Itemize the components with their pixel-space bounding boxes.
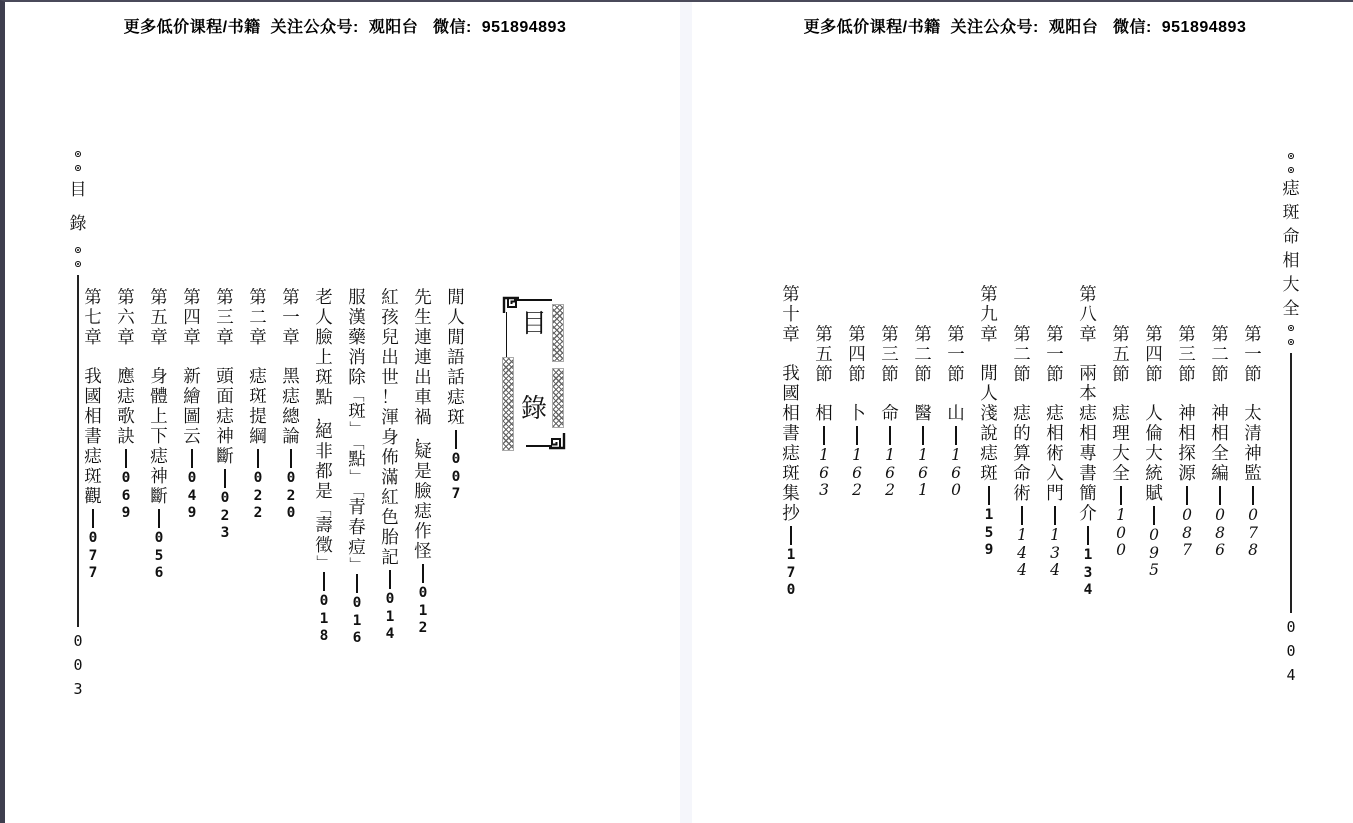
page-gutter (680, 2, 692, 823)
toc-char: 四 (1145, 345, 1163, 365)
toc-char: 老 (315, 288, 333, 308)
toc-page-digit: 4 (381, 626, 399, 644)
toc-page-digit: 4 (1013, 562, 1031, 580)
toc-char: 五 (1112, 345, 1130, 365)
toc-page-digit: 0 (447, 451, 465, 469)
toc-char: 圖 (183, 407, 201, 427)
em-dash-vertical (1153, 506, 1155, 525)
toc-char: 相 (84, 407, 102, 427)
toc-char: 倫 (1145, 424, 1163, 444)
toc-char: 醫 (914, 404, 932, 424)
ornament-dot (1288, 153, 1294, 159)
toc-char: 閒 (447, 328, 465, 348)
toc-char: 的 (1013, 424, 1031, 444)
toc-char: 記 (381, 548, 399, 568)
toc-char: 痘 (348, 538, 366, 558)
corner-spiral-ornament-icon (548, 432, 566, 450)
toc-char: 斷 (216, 447, 234, 467)
toc-entry: 第四章新繪圖云049 (183, 288, 201, 648)
toc-char: ﹂ (315, 556, 333, 570)
em-dash-vertical (1054, 506, 1056, 525)
toc-entry: 第五節相163 (815, 325, 833, 600)
toc-page-digit: 1 (881, 447, 899, 465)
folio-digit: 0 (1286, 617, 1295, 637)
toc-page-digit: 6 (914, 465, 932, 483)
toc-entry: 第一節痣相術入門134 (1046, 325, 1064, 600)
toc-char: 除 (348, 368, 366, 388)
toc-char: 神 (150, 467, 168, 487)
toc-char: 孩 (381, 308, 399, 328)
folio-digit: 0 (1286, 641, 1295, 661)
toc-page-digit: 2 (216, 508, 234, 526)
toc-page-digit: 6 (947, 465, 965, 483)
toc-char: 都 (315, 462, 333, 482)
toc-entry: 閒人閒語話痣斑007 (447, 288, 465, 648)
toc-page-digit: 5 (1145, 562, 1163, 580)
toc-page-digit: 4 (1079, 582, 1097, 600)
toc-char: 第 (1244, 325, 1262, 345)
toc-char: 痣 (980, 444, 998, 464)
toc-char: 二 (1211, 345, 1229, 365)
toc-char: 探 (1178, 444, 1196, 464)
em-dash-vertical (125, 449, 127, 468)
toc-page-digit: 1 (848, 447, 866, 465)
folio-digit: 0 (73, 655, 82, 675)
toc-page-digit: 1 (980, 507, 998, 525)
toc-char: 神 (1244, 444, 1262, 464)
toc-char: 節 (848, 365, 866, 385)
toc-char: 壽 (315, 516, 333, 536)
margin-title-char: 命 (1283, 225, 1300, 249)
toc-char: 第 (183, 288, 201, 308)
toc-char: 第 (815, 325, 833, 345)
toc-char: 三 (881, 345, 899, 365)
toc-page-digit: 0 (249, 470, 267, 488)
toc-char: 我 (84, 367, 102, 387)
toc-char: 章 (249, 328, 267, 348)
toc-char: 一 (947, 345, 965, 365)
toc-char: 五 (815, 345, 833, 365)
toc-page-digit: 1 (782, 547, 800, 565)
toc-char: 太 (1244, 404, 1262, 424)
toc-char: 臉 (315, 328, 333, 348)
toc-char: 算 (1013, 444, 1031, 464)
toc-char: 兒 (381, 328, 399, 348)
toc-char: 第 (848, 325, 866, 345)
toc-char: 簡 (1079, 484, 1097, 504)
toc-char: 節 (881, 365, 899, 385)
toc-char: 點 (348, 450, 366, 470)
toc-char: 痣 (447, 388, 465, 408)
toc-char: 七 (84, 308, 102, 328)
toc-char: 上 (150, 407, 168, 427)
toc-page-digit: 2 (848, 482, 866, 500)
em-dash-vertical (1021, 506, 1023, 525)
toc-page-digit: 1 (1046, 527, 1064, 545)
toc-char: 春 (348, 518, 366, 538)
toc-char: 國 (782, 384, 800, 404)
toc-page-digit: 0 (1145, 527, 1163, 545)
toc-char: 提 (249, 407, 267, 427)
toc-char: 命 (1013, 464, 1031, 484)
toc-char: 人 (315, 308, 333, 328)
toc-entry: 紅孩兒出世！渾身佈滿紅色胎記014 (381, 288, 399, 648)
toc-char: 章 (117, 328, 135, 348)
toc-char: 三 (216, 308, 234, 328)
toc-page-digit: 9 (183, 505, 201, 523)
em-dash-vertical (823, 426, 825, 445)
toc-char: 全 (1211, 444, 1229, 464)
toc-page-digit: 8 (1211, 525, 1229, 543)
toc-char: 二 (249, 308, 267, 328)
toc-char: 書 (1079, 464, 1097, 484)
toc-entry: 第十章我國相書痣斑集抄170 (782, 285, 800, 600)
toc-page-digit: 0 (315, 593, 333, 611)
left-toc-columns: 閒人閒語話痣斑007先生連連出車禍，疑是臉痣作怪012紅孩兒出世！渾身佈滿紅色胎… (84, 288, 465, 648)
toc-char: 紅 (381, 288, 399, 308)
toc-char: 禍 (414, 408, 432, 428)
toc-char: 渾 (381, 408, 399, 428)
toc-page-digit: 9 (980, 542, 998, 560)
em-dash-vertical (988, 486, 990, 505)
toc-char: 是 (414, 462, 432, 482)
toc-char: 繪 (183, 387, 201, 407)
toc-page-digit: 0 (1112, 525, 1130, 543)
toc-char: ﹂ (348, 558, 366, 572)
toc-char: 非 (315, 442, 333, 462)
toc-char: 世 (381, 368, 399, 388)
hatched-border-right-lower (553, 369, 563, 427)
toc-char: 胎 (381, 528, 399, 548)
toc-page-digit: 7 (84, 565, 102, 583)
toc-char: 藥 (348, 328, 366, 348)
toc-char: 痣 (216, 407, 234, 427)
toc-page-digit: 4 (1046, 562, 1064, 580)
right-page: 更多低价课程/书籍 关注公众号: 观阳台 微信: 951894893 痣斑命相大… (692, 2, 1353, 823)
margin-title-char: 全 (1283, 297, 1300, 321)
toc-entry: 第三節命162 (881, 325, 899, 600)
em-dash-vertical (191, 449, 193, 468)
toc-page-digit: 0 (117, 470, 135, 488)
toc-page-digit: 3 (1079, 565, 1097, 583)
toc-char: 話 (447, 368, 465, 388)
toc-entry: 第四節人倫大統賦095 (1145, 325, 1163, 600)
toc-page-digit: 1 (414, 603, 432, 621)
toc-page-digit: 7 (1244, 525, 1262, 543)
toc-char: 痣 (117, 387, 135, 407)
toc-page-digit: 7 (1178, 542, 1196, 560)
toc-char: 集 (782, 484, 800, 504)
toc-page-digit: 6 (150, 565, 168, 583)
toc-char: 兩 (1079, 364, 1097, 384)
toc-char: 痣 (249, 367, 267, 387)
toc-page-digit: 0 (84, 530, 102, 548)
toc-page-digit: 9 (1145, 545, 1163, 563)
toc-char: 六 (117, 308, 135, 328)
toc-char: 痣 (150, 447, 168, 467)
toc-entry: 第五節痣理大全100 (1112, 325, 1130, 600)
toc-page-digit: 6 (815, 465, 833, 483)
toc-page-digit: 2 (249, 488, 267, 506)
toc-char: 節 (1244, 365, 1262, 385)
toc-char: 淺 (980, 404, 998, 424)
toc-page-digit: 0 (150, 530, 168, 548)
toc-page-digit: 8 (1244, 542, 1262, 560)
toc-page-digit: 0 (414, 585, 432, 603)
toc-char: 節 (1013, 365, 1031, 385)
toc-page-digit: 0 (447, 469, 465, 487)
right-toc-columns: 第一節太清神監078第二節神相全編086第三節神相探源087第四節人倫大統賦09… (782, 285, 1262, 600)
toc-box-left-rule (506, 312, 508, 358)
toc-page-digit: 6 (117, 488, 135, 506)
toc-char: 章 (782, 325, 800, 345)
em-dash-vertical (290, 449, 292, 468)
toc-char: 一 (1244, 345, 1262, 365)
toc-page-digit: 0 (1112, 542, 1130, 560)
toc-char: 斑 (447, 408, 465, 428)
toc-page-digit: 3 (216, 525, 234, 543)
toc-char: 人 (447, 308, 465, 328)
toc-entry: 第三章頭面痣神斷023 (216, 288, 234, 648)
toc-char: 編 (1211, 464, 1229, 484)
toc-entry: 第一章黑痣總論020 (282, 288, 300, 648)
toc-char: 神 (1211, 404, 1229, 424)
em-dash-vertical (455, 430, 457, 449)
em-dash-vertical (790, 526, 792, 545)
toc-page-digit: 8 (1178, 525, 1196, 543)
toc-entry: 第四節卜162 (848, 325, 866, 600)
em-dash-vertical (889, 426, 891, 445)
toc-char: 服 (348, 288, 366, 308)
toc-char: 斑 (84, 467, 102, 487)
toc-page-digit: 6 (1211, 542, 1229, 560)
toc-char: 術 (1046, 444, 1064, 464)
toc-entry: 老人臉上斑點，絕非都是﹁壽徵﹂018 (315, 288, 333, 648)
toc-page-digit: 1 (1112, 507, 1130, 525)
toc-page-digit: 0 (216, 490, 234, 508)
em-dash-vertical (1120, 486, 1122, 505)
toc-char: 二 (1013, 345, 1031, 365)
toc-entry: 服漢藥消除﹁斑﹂﹁點﹂﹁青春痘﹂016 (348, 288, 366, 648)
toc-char: 身 (150, 367, 168, 387)
toc-char: 第 (1079, 285, 1097, 305)
toc-entry: 第二章痣斑提綱022 (249, 288, 267, 648)
toc-char: 節 (815, 365, 833, 385)
toc-char: 章 (183, 328, 201, 348)
scanned-book-spread: 更多低价课程/书籍 关注公众号: 观阳台 微信: 951894893 目錄003… (0, 0, 1353, 823)
toc-page-digit: 1 (914, 482, 932, 500)
toc-box-title-char: 錄 (521, 394, 547, 424)
toc-page-digit: 5 (980, 525, 998, 543)
toc-char: 觀 (84, 487, 102, 507)
toc-char: 第 (150, 288, 168, 308)
margin-vertical-rule (77, 275, 79, 627)
toc-char: 斑 (315, 368, 333, 388)
toc-page-digit: 7 (782, 565, 800, 583)
toc-char: 消 (348, 348, 366, 368)
toc-char: 節 (1211, 365, 1229, 385)
left-page: 更多低价课程/书籍 关注公众号: 观阳台 微信: 951894893 目錄003… (10, 2, 680, 823)
ornament-dot (75, 261, 81, 267)
toc-page-digit: 5 (150, 548, 168, 566)
toc-page-digit: 0 (282, 505, 300, 523)
toc-char: 第 (216, 288, 234, 308)
em-dash-vertical (922, 426, 924, 445)
toc-char: ﹁ (348, 436, 366, 450)
toc-entry: 第七章我國相書痣斑觀077 (84, 288, 102, 648)
toc-char: 抄 (782, 504, 800, 524)
toc-char: 九 (980, 305, 998, 325)
toc-char: 書 (782, 424, 800, 444)
toc-char: 斑 (249, 387, 267, 407)
right-page-margin-title: 痣斑命相大全004 (1280, 149, 1302, 685)
toc-char: 章 (1079, 325, 1097, 345)
hatched-border-left (503, 358, 513, 450)
em-dash-vertical (955, 426, 957, 445)
toc-page-digit: 9 (117, 505, 135, 523)
toc-char: 頭 (216, 367, 234, 387)
toc-page-digit: 2 (414, 620, 432, 638)
toc-page-digit: 4 (183, 488, 201, 506)
toc-char: 面 (216, 387, 234, 407)
toc-char: 閒 (980, 364, 998, 384)
ornament-dot (1288, 325, 1294, 331)
toc-char: 章 (84, 328, 102, 348)
toc-char: 語 (447, 348, 465, 368)
toc-char: ﹁ (348, 388, 366, 402)
toc-char: 出 (414, 368, 432, 388)
toc-entry: 第九章閒人淺說痣斑159 (980, 285, 998, 600)
toc-page-digit: 2 (881, 482, 899, 500)
toc-char: 第 (1178, 325, 1196, 345)
toc-char: 訣 (117, 427, 135, 447)
toc-char: 云 (183, 427, 201, 447)
toc-char: 十 (782, 305, 800, 325)
ornament-dot (75, 165, 81, 171)
toc-char: 章 (282, 328, 300, 348)
toc-char: 四 (848, 345, 866, 365)
toc-char: 歌 (117, 407, 135, 427)
toc-page-digit: 1 (815, 447, 833, 465)
margin-title-char: 斑 (1283, 201, 1300, 225)
em-dash-vertical (356, 574, 358, 593)
toc-entry: 第一節山160 (947, 325, 965, 600)
margin-title-char: 相 (1283, 249, 1300, 273)
toc-char: 痣 (84, 447, 102, 467)
toc-char: ﹁ (315, 502, 333, 516)
toc-char: 點 (315, 388, 333, 408)
toc-page-digit: 1 (381, 609, 399, 627)
margin-title-char: 痣 (1283, 177, 1300, 201)
toc-char: 第 (282, 288, 300, 308)
toc-char: 第 (1211, 325, 1229, 345)
promo-header-left: 更多低价课程/书籍 关注公众号: 观阳台 微信: 951894893 (10, 14, 680, 37)
toc-page-digit: 0 (381, 591, 399, 609)
toc-char: 國 (84, 387, 102, 407)
toc-char: 第 (782, 285, 800, 305)
toc-page-digit: 6 (348, 630, 366, 648)
toc-char: 第 (249, 288, 267, 308)
toc-page-digit: 1 (947, 447, 965, 465)
em-dash-vertical (422, 564, 424, 583)
toc-char: 體 (150, 387, 168, 407)
toc-char: 節 (947, 365, 965, 385)
toc-page-digit: 4 (1013, 545, 1031, 563)
toc-char: 新 (183, 367, 201, 387)
toc-char: 相 (815, 404, 833, 424)
toc-page-digit: 2 (282, 488, 300, 506)
toc-char: 源 (1178, 464, 1196, 484)
toc-page-digit: 0 (1178, 507, 1196, 525)
em-dash-vertical (1219, 486, 1221, 505)
toc-char: 先 (414, 288, 432, 308)
toc-char: 第 (117, 288, 135, 308)
toc-char: 命 (881, 404, 899, 424)
toc-entry: 第六章應痣歌訣069 (117, 288, 135, 648)
toc-entry: 第八章兩本痣相專書簡介134 (1079, 285, 1097, 600)
toc-char: 是 (315, 482, 333, 502)
toc-char: ， (414, 428, 432, 442)
toc-box-top-rule (514, 299, 552, 301)
toc-page-digit: 0 (782, 582, 800, 600)
toc-page-digit: 1 (348, 613, 366, 631)
toc-char: 入 (1046, 464, 1064, 484)
toc-char: 痣 (282, 387, 300, 407)
toc-page-digit: 3 (1046, 545, 1064, 563)
toc-char: 節 (1046, 365, 1064, 385)
toc-char: 連 (414, 328, 432, 348)
toc-char: 四 (183, 308, 201, 328)
toc-char: 節 (1178, 365, 1196, 385)
promo-header-right: 更多低价课程/书籍 关注公众号: 观阳台 微信: 951894893 (692, 14, 1353, 37)
ornament-dot (1288, 339, 1294, 345)
toc-page-digit: 0 (183, 470, 201, 488)
toc-char: 人 (980, 384, 998, 404)
toc-page-digit: 8 (315, 628, 333, 646)
toc-char: ！ (381, 388, 399, 408)
toc-char: 第 (1046, 325, 1064, 345)
hatched-border-right-upper (553, 305, 563, 361)
toc-char: 第 (1013, 325, 1031, 345)
toc-char: 斷 (150, 487, 168, 507)
toc-char: 術 (1013, 484, 1031, 504)
toc-char: 痣 (782, 444, 800, 464)
toc-char: 我 (782, 364, 800, 384)
toc-char: 大 (1112, 444, 1130, 464)
margin-title-char: 錄 (70, 209, 87, 243)
toc-char: 章 (980, 325, 998, 345)
toc-page-digit: 0 (1244, 507, 1262, 525)
toc-char: 一 (282, 308, 300, 328)
em-dash-vertical (1252, 486, 1254, 505)
toc-char: 相 (1079, 424, 1097, 444)
toc-char: 人 (1145, 404, 1163, 424)
toc-char: 車 (414, 388, 432, 408)
toc-char: 神 (216, 427, 234, 447)
toc-char: 相 (1178, 424, 1196, 444)
toc-char: 章 (150, 328, 168, 348)
em-dash-vertical (158, 509, 160, 528)
toc-page-digit: 3 (815, 482, 833, 500)
toc-char: 佈 (381, 448, 399, 468)
toc-char: 監 (1244, 464, 1262, 484)
toc-char: 生 (414, 308, 432, 328)
toc-char: 全 (1112, 464, 1130, 484)
toc-page-digit: 0 (947, 482, 965, 500)
toc-char: 相 (782, 404, 800, 424)
toc-char: 漢 (348, 308, 366, 328)
toc-title-ornament-box: 目 錄 (502, 296, 566, 454)
